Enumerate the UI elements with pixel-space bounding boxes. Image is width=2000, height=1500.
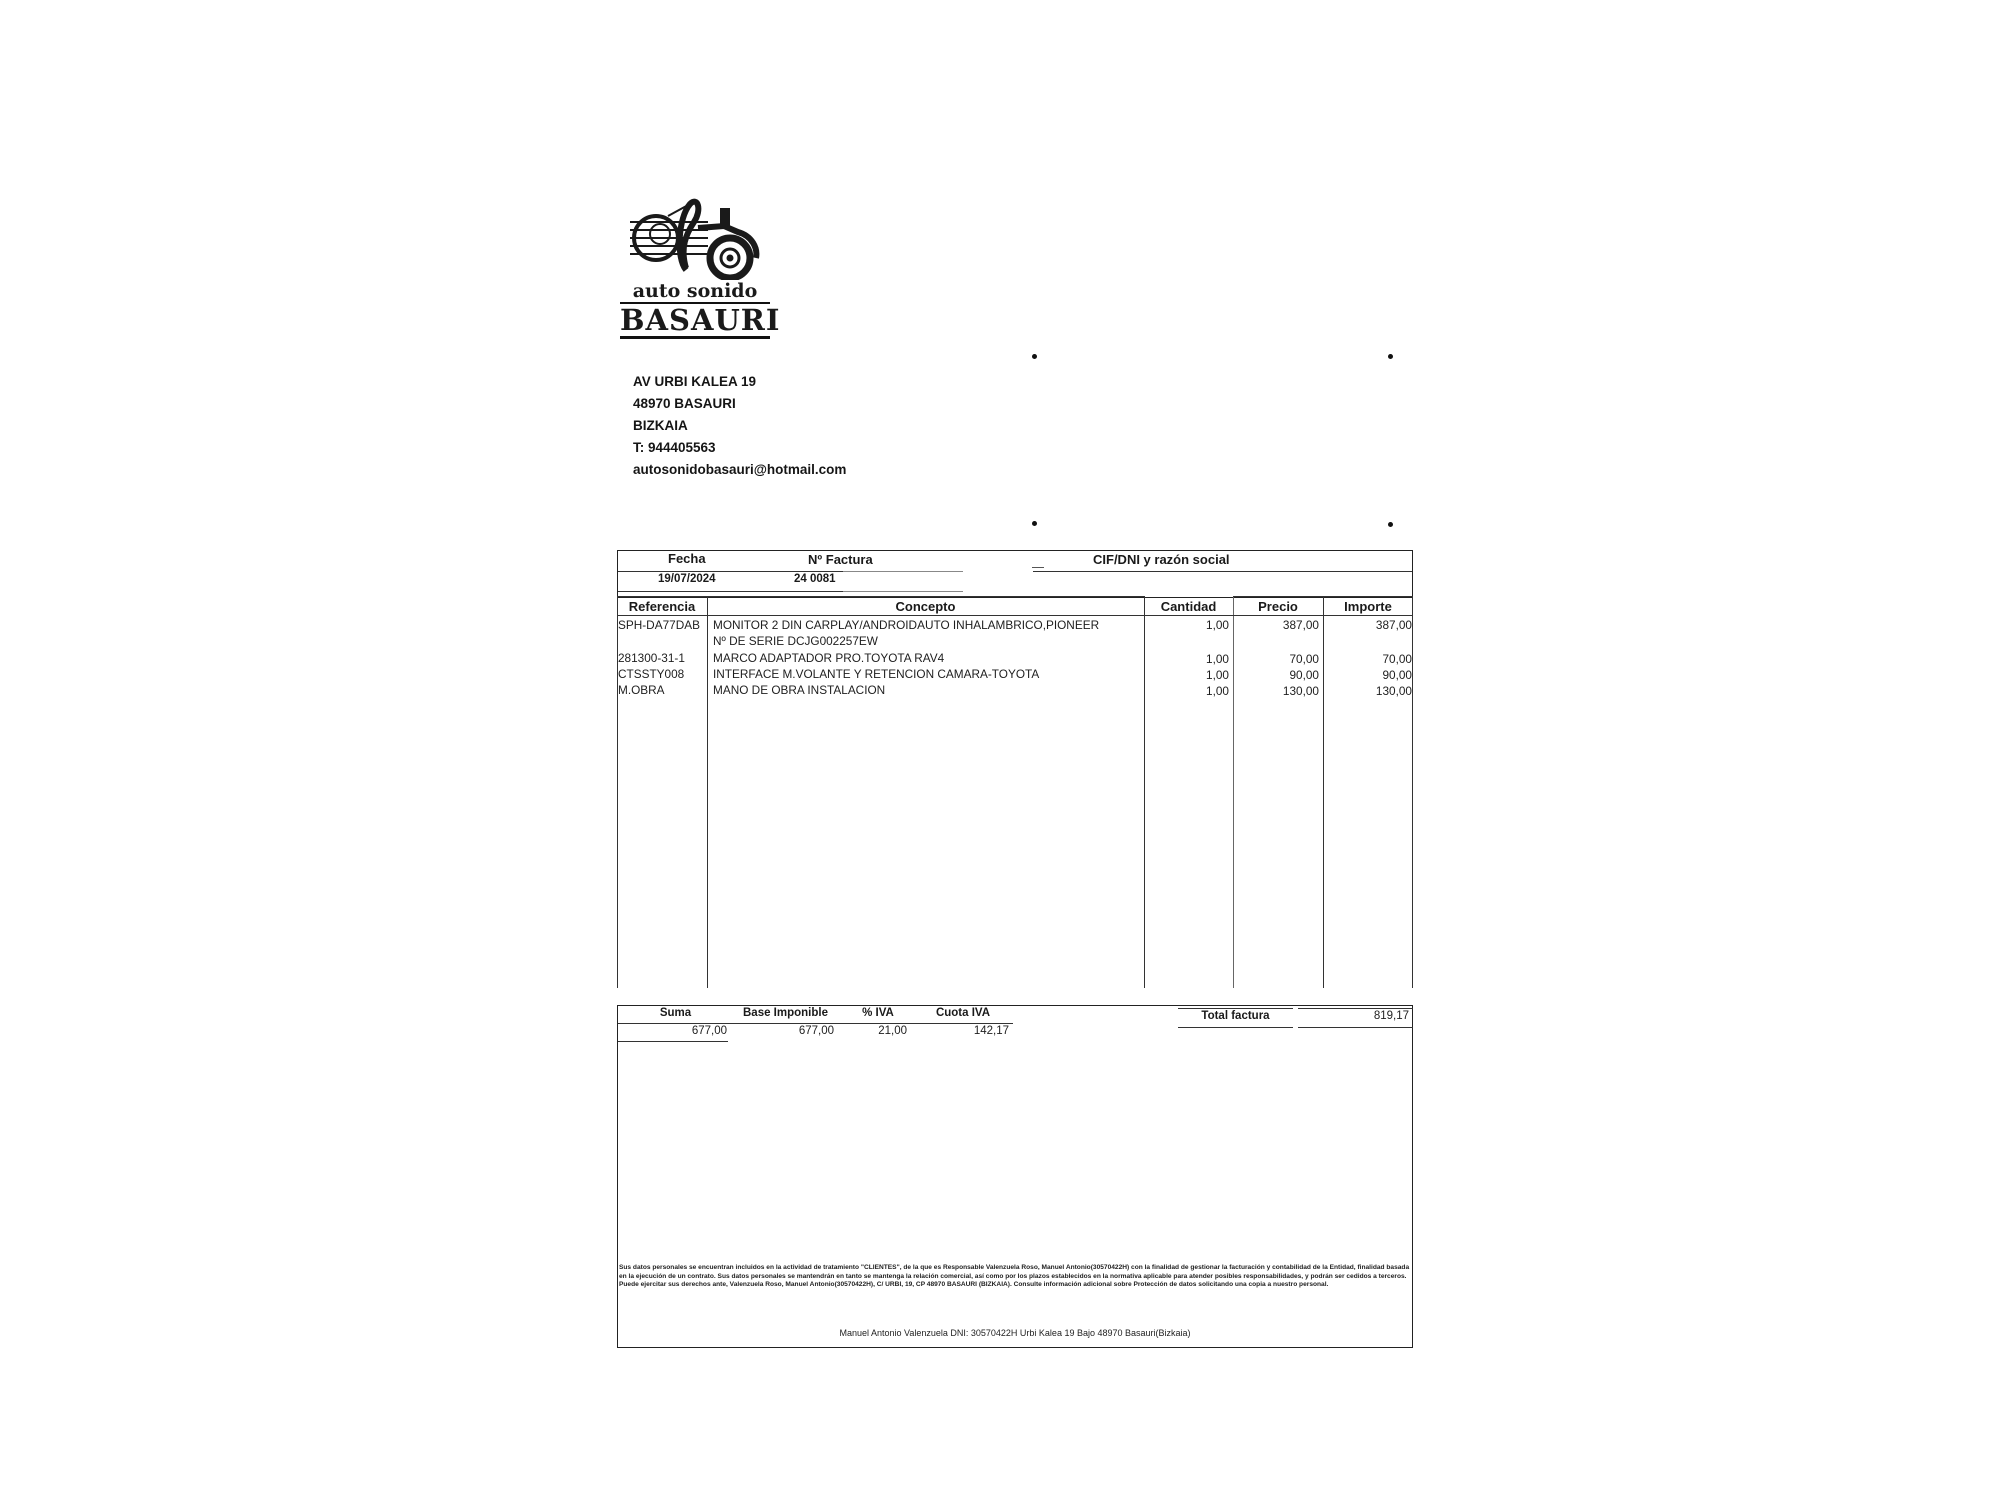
items-table: Referencia Concepto Cantidad Precio Impo…	[617, 596, 1413, 990]
invoice-total-label: Total factura	[1178, 1010, 1293, 1022]
row-concept: INTERFACE M.VOLANTE Y RETENCION CAMARA-T…	[713, 667, 1039, 681]
row-quantity: 1,00	[1144, 618, 1229, 632]
vat-amount-label: Cuota IVA	[913, 1007, 1013, 1019]
date-value: 19/07/2024	[658, 573, 716, 585]
row-quantity: 1,00	[1144, 684, 1229, 698]
address-email: autosonidobasauri@hotmail.com	[633, 459, 846, 481]
row-amount: 70,00	[1323, 652, 1412, 666]
row-reference: 281300-31-1	[618, 651, 685, 665]
taxable-base-label: Base Imponible	[733, 1007, 838, 1019]
row-quantity: 1,00	[1144, 652, 1229, 666]
column-header-reference: Referencia	[617, 599, 707, 614]
logo-name: BASAURI	[620, 304, 770, 339]
row-concept: MARCO ADAPTADOR PRO.TOYOTA RAV4	[713, 651, 944, 665]
column-header-price: Precio	[1233, 599, 1323, 614]
address-city: 48970 BASAURI	[633, 393, 846, 415]
punch-mark	[1388, 354, 1393, 359]
totals-box: Suma Base Imponible % IVA Cuota IVA 677,…	[617, 1005, 1413, 1348]
column-header-concept: Concepto	[707, 599, 1144, 614]
taxable-base-value: 677,00	[733, 1025, 834, 1037]
logo-subtitle: auto sonido	[620, 280, 770, 304]
invoice-header-box: Fecha Nº Factura CIF/DNI y razón social …	[617, 550, 1413, 598]
row-price: 130,00	[1233, 684, 1319, 698]
address-street: AV URBI KALEA 19	[633, 371, 846, 393]
row-quantity: 1,00	[1144, 668, 1229, 682]
data-protection-notice: Sus datos personales se encuentran inclu…	[619, 1264, 1411, 1290]
row-concept: MONITOR 2 DIN CARPLAY/ANDROIDAUTO INHALA…	[713, 618, 1099, 632]
row-price: 90,00	[1233, 668, 1319, 682]
company-logo: auto sonido BASAURI	[620, 198, 770, 343]
client-id-label: CIF/DNI y razón social	[1093, 552, 1230, 567]
column-header-quantity: Cantidad	[1144, 599, 1233, 614]
punch-mark	[1032, 354, 1037, 359]
sum-label: Suma	[623, 1007, 728, 1019]
vat-amount-value: 142,17	[913, 1025, 1009, 1037]
row-reference: CTSSTY008	[618, 667, 684, 681]
company-address: AV URBI KALEA 19 48970 BASAURI BIZKAIA T…	[633, 371, 846, 481]
row-reference: M.OBRA	[618, 683, 665, 697]
vat-percent-label: % IVA	[843, 1007, 913, 1019]
address-phone: T: 944405563	[633, 437, 846, 459]
punch-mark	[1032, 521, 1037, 526]
row-price: 70,00	[1233, 652, 1319, 666]
row-price: 387,00	[1233, 618, 1319, 632]
punch-mark	[1388, 522, 1393, 527]
row-amount: 130,00	[1323, 684, 1412, 698]
footer-owner-info: Manuel Antonio Valenzuela DNI: 30570422H…	[618, 1328, 1412, 1338]
row-amount: 90,00	[1323, 668, 1412, 682]
sum-value: 677,00	[623, 1025, 727, 1037]
date-label: Fecha	[668, 551, 706, 566]
address-province: BIZKAIA	[633, 415, 846, 437]
invoice-number-label: Nº Factura	[808, 552, 873, 567]
car-with-treble-clef-logo-icon	[628, 198, 763, 280]
row-concept: MANO DE OBRA INSTALACION	[713, 683, 885, 697]
row-concept: Nº DE SERIE DCJG002257EW	[713, 634, 878, 648]
row-reference: SPH-DA77DAB	[618, 618, 700, 632]
row-amount: 387,00	[1323, 618, 1412, 632]
invoice-number-value: 24 0081	[794, 573, 836, 585]
column-header-amount: Importe	[1323, 599, 1413, 614]
vat-percent-value: 21,00	[843, 1025, 907, 1037]
invoice-total-value: 819,17	[1298, 1010, 1409, 1022]
